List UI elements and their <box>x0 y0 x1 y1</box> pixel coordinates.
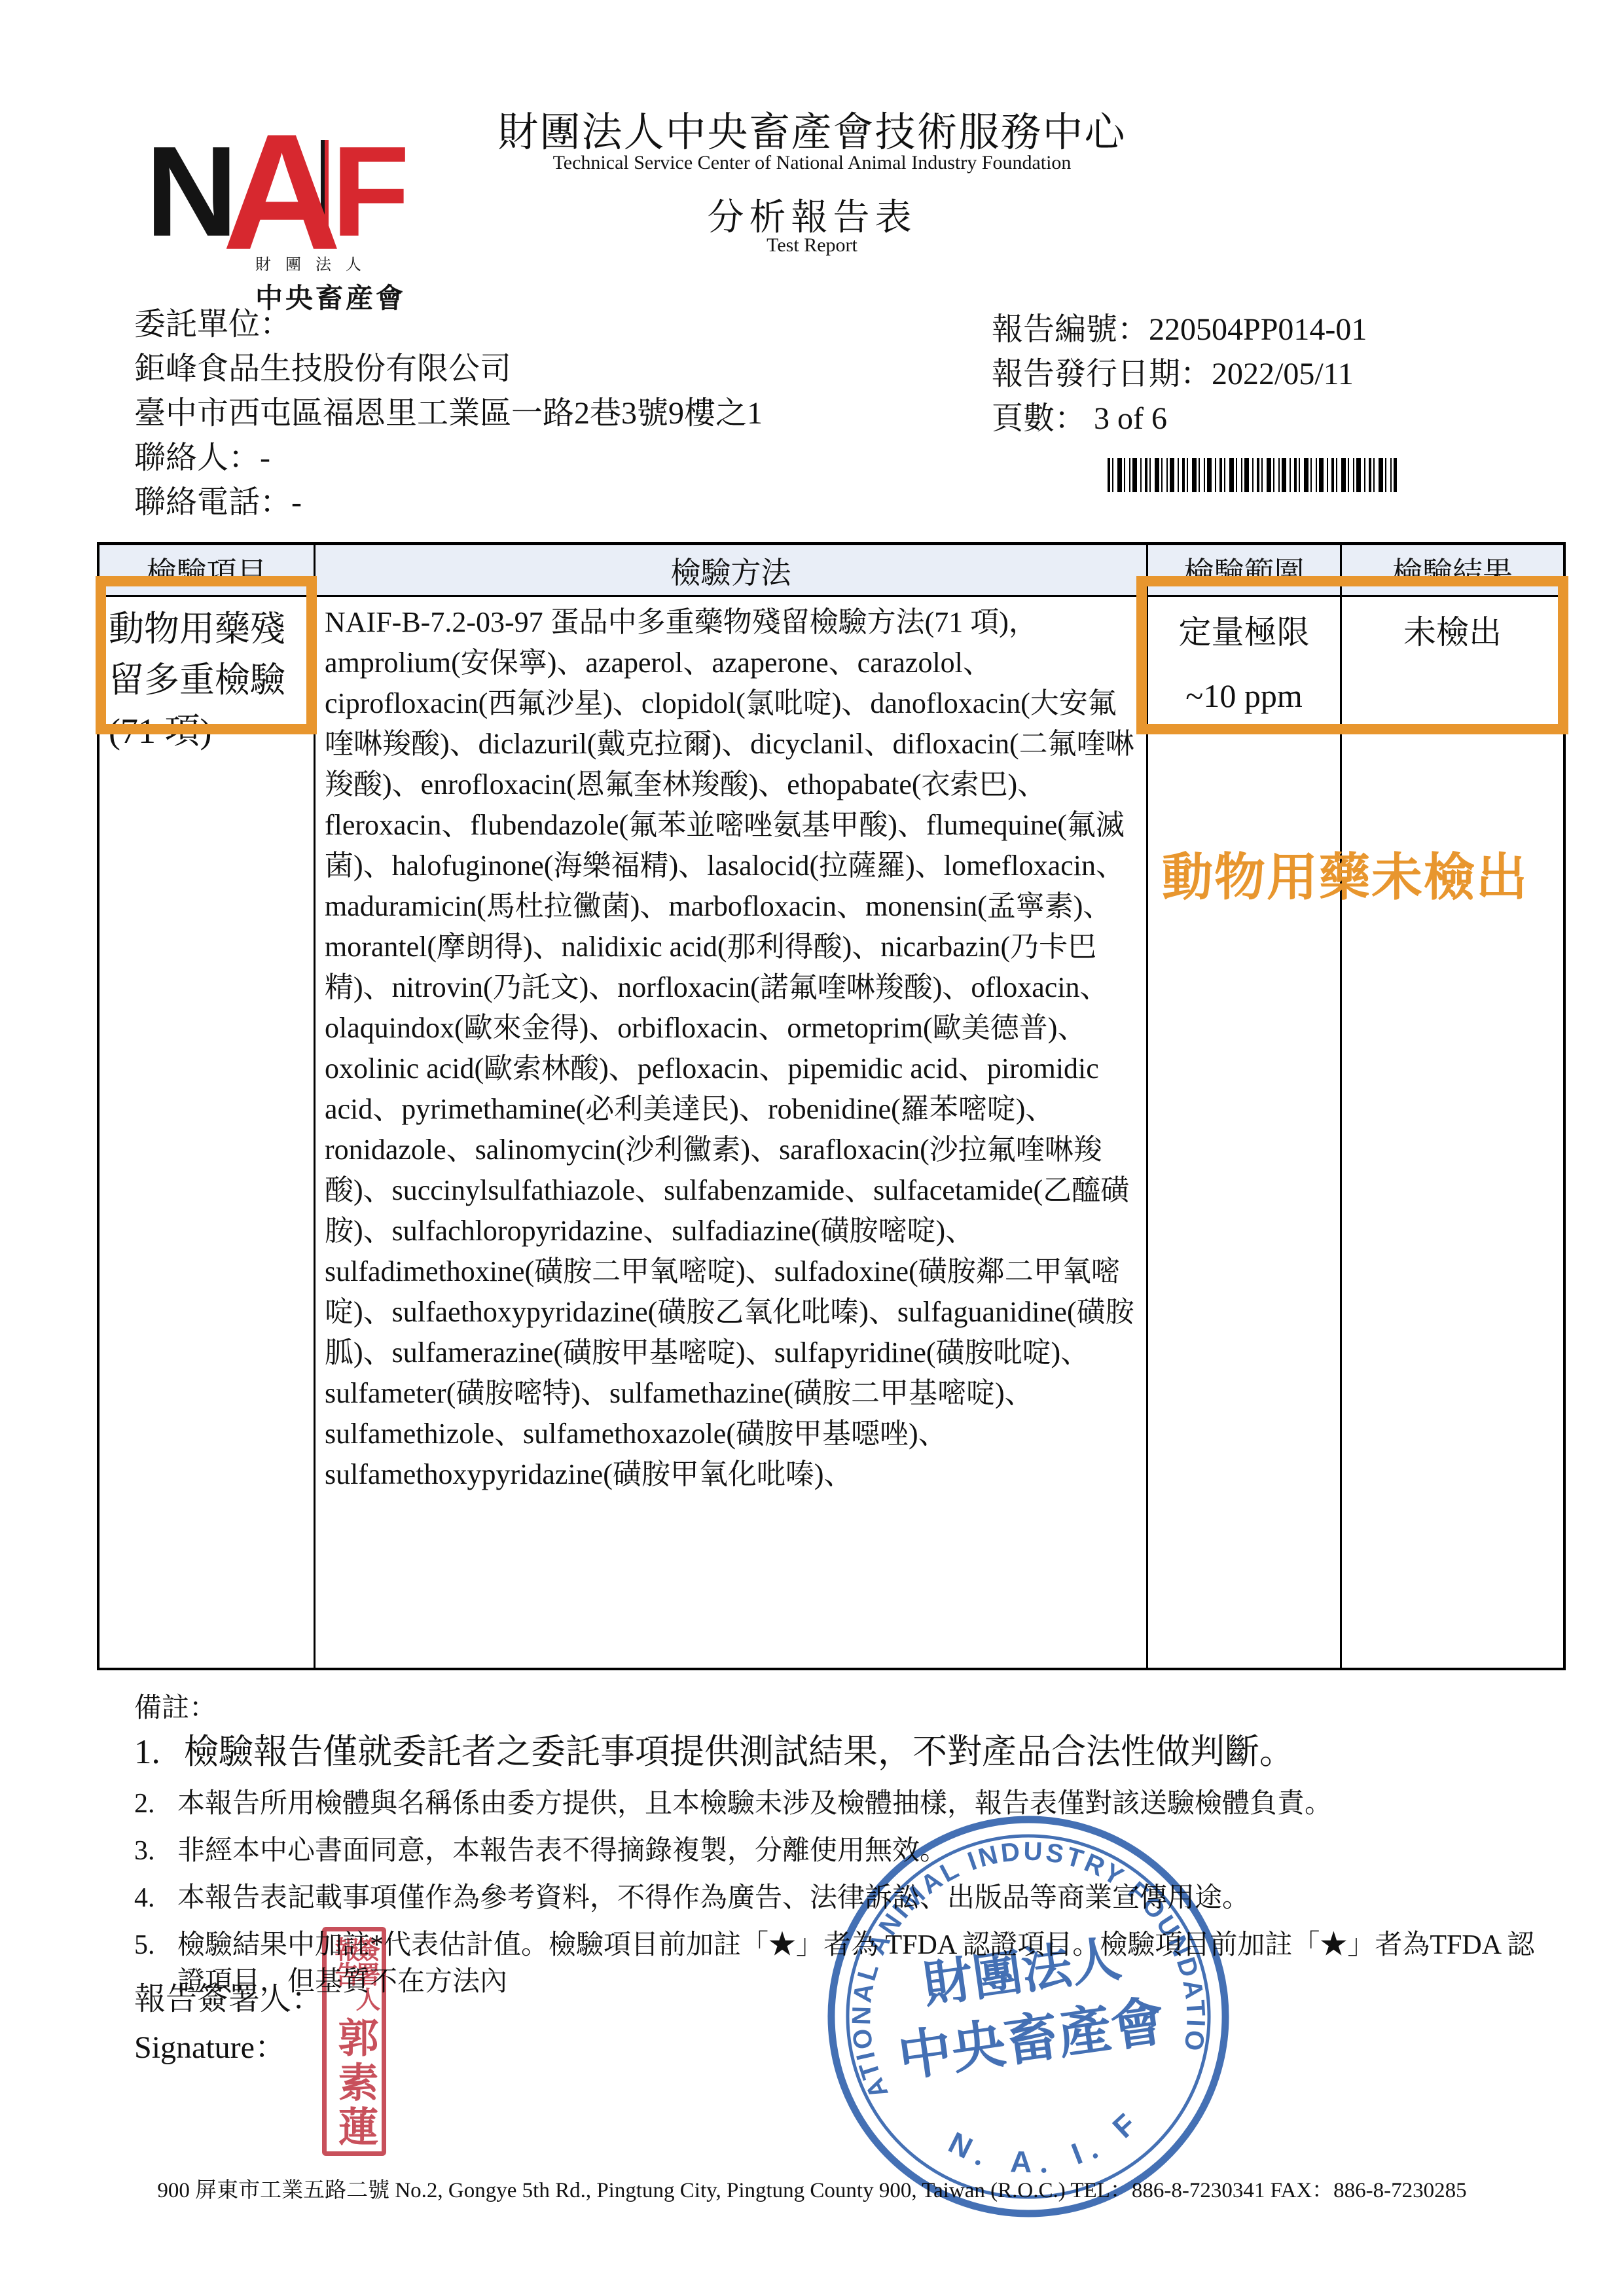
note-number: 3. <box>134 1833 177 1869</box>
report-barcode <box>1108 458 1397 492</box>
note-text: 本報告所用檢體與名稱係由委方提供，且本檢驗未涉及檢體抽樣，報告表僅對該送驗檢體負… <box>177 1785 1535 1822</box>
client-unit-name: 鉅峰食品生技股份有限公司 <box>134 347 763 391</box>
cell-test-item: 動物用藥殘留多重檢驗(71 項) <box>99 597 316 1668</box>
note-item-2: 2. 本報告所用檢體與名稱係由委方提供，且本檢驗未涉及檢體抽樣，報告表僅對該送驗… <box>134 1785 1535 1822</box>
report-issue-date: 報告發行日期：2022/05/11 <box>992 352 1367 397</box>
notes-label: 備註： <box>134 1686 1535 1725</box>
highlight-box-result <box>1136 576 1568 734</box>
cell-test-method: NAIF-B-7.2-03-97 蛋品中多重藥物殘留檢驗方法(71 項)，amp… <box>316 597 1148 1668</box>
seal-arc-bottom-text: N．A．I．F <box>939 2099 1153 2193</box>
logo-letter-a: A <box>223 133 342 251</box>
note-number: 4. <box>134 1880 177 1916</box>
cell-test-result: 未檢出 <box>1342 597 1563 1668</box>
note-number: 2. <box>134 1785 177 1822</box>
note-number: 1. <box>134 1731 184 1774</box>
signer-label-zh: 報告簽署人： <box>134 1975 323 2024</box>
client-unit-label: 委託單位： <box>134 302 763 347</box>
signer-seal-stamp: 簽署人 報告 郭素蓮 <box>322 1927 386 2156</box>
cell-test-range: 定量極限 ~10 ppm <box>1148 597 1342 1668</box>
client-contact: 聯絡人：- <box>134 436 763 480</box>
signature-block: 報告簽署人： Signature： <box>134 1975 323 2072</box>
footer-address: 900 屏東市工業五路二號 No.2, Gongye 5th Rd., Ping… <box>0 2173 1624 2204</box>
report-page: N A F 財團法人 中央畜産會 財團法人中央畜產會技術服務中心 Technic… <box>0 0 1624 2296</box>
seal-text-left: 報告 <box>332 1937 357 1986</box>
report-page-count: 頁數： 3 of 6 <box>992 397 1367 441</box>
foundation-seal-stamp: NATIONAL ANIMAL INDUSTRY FOUNDATION N．A．… <box>795 1784 1261 2250</box>
highlight-annotation: 動物用藥未檢出 <box>1162 836 1528 910</box>
client-phone: 聯絡電話：- <box>134 480 763 525</box>
report-number: 報告編號：220504PP014-01 <box>992 308 1367 352</box>
report-meta: 報告編號：220504PP014-01 報告發行日期：2022/05/11 頁數… <box>992 308 1367 441</box>
seal-signer-name: 郭素蓮 <box>334 2017 374 2150</box>
note-text: 檢驗報告僅就委託者之委託事項提供測試結果，不對產品合法性做判斷。 <box>184 1731 1535 1774</box>
client-address: 臺中市西屯區福恩里工業區一路2巷3號9樓之1 <box>134 391 763 436</box>
svg-text:N．A．I．F: N．A．I．F <box>939 2099 1153 2193</box>
note-item-1: 1. 檢驗報告僅就委託者之委託事項提供測試結果，不對產品合法性做判斷。 <box>134 1731 1535 1774</box>
table-row: 動物用藥殘留多重檢驗(71 項) NAIF-B-7.2-03-97 蛋品中多重藥… <box>99 597 1563 1668</box>
highlight-box-test-item <box>96 576 317 734</box>
signer-label-en: Signature： <box>134 2024 323 2072</box>
col-header-test-method: 檢驗方法 <box>316 545 1148 597</box>
client-info: 委託單位： 鉅峰食品生技股份有限公司 臺中市西屯區福恩里工業區一路2巷3號9樓之… <box>134 302 763 525</box>
